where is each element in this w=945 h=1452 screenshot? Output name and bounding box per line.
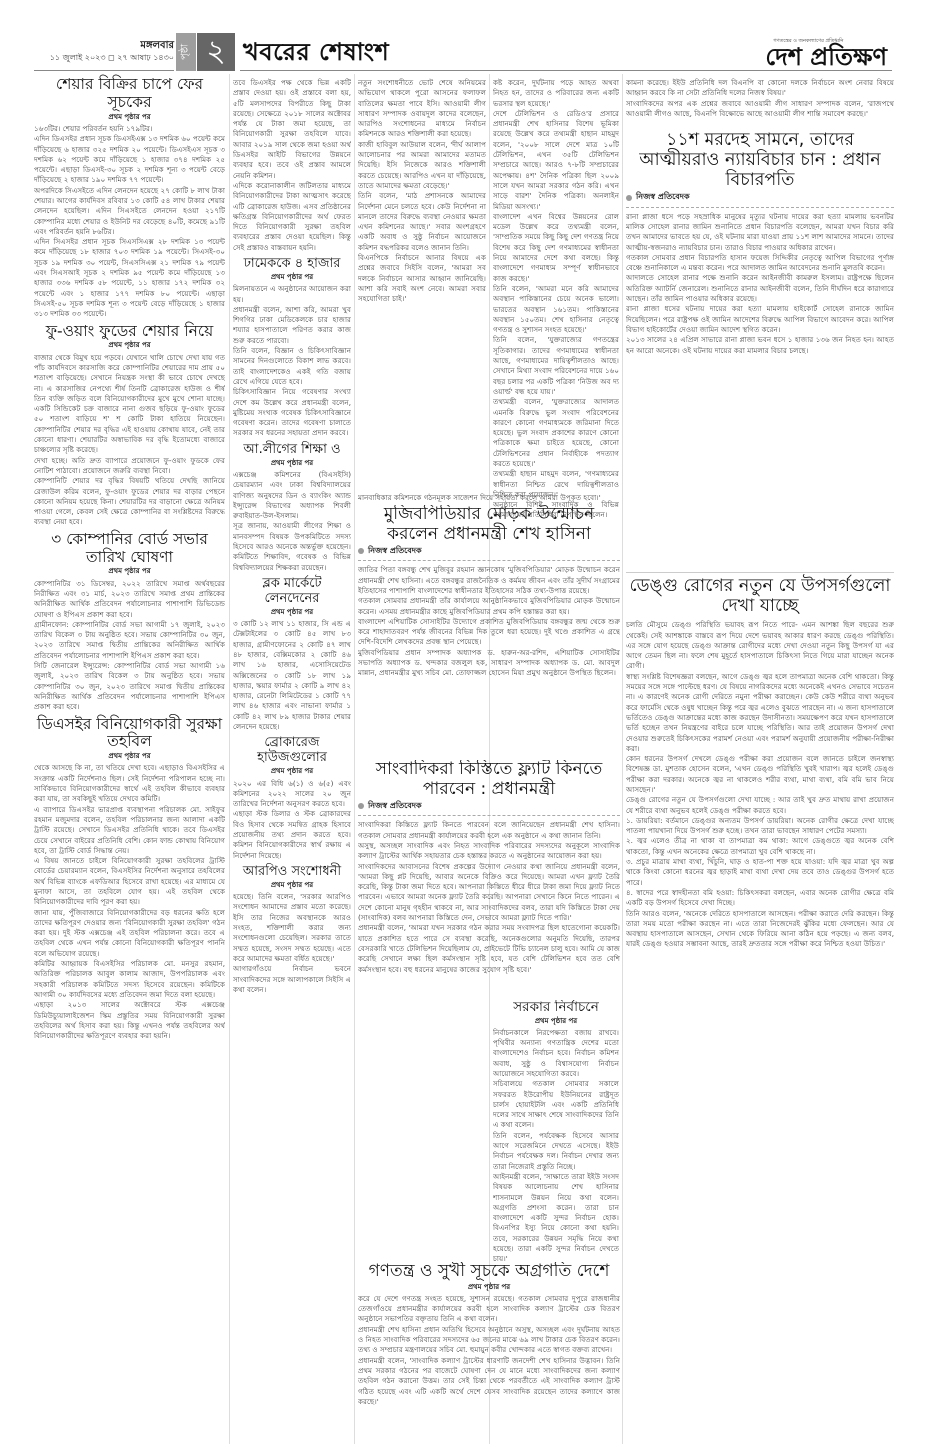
article-headline: ডিএসইর বিনিয়োগকারী সুরক্ষা তহবিল xyxy=(34,716,225,752)
issue-day: মঙ্গলবার xyxy=(36,40,174,52)
article-paragraph: রানা প্লাজা ধসে পড়ে সহস্রাধিক মানুষের ম… xyxy=(626,212,894,253)
article-paragraph: জানা যায়, পুঁজিবাজারে বিনিয়োগকারীদের ব… xyxy=(34,908,225,959)
article-paragraph: তিনি বলেন, বিজ্ঞান ও চিকিৎসাবিজ্ঞান সামন… xyxy=(233,346,351,387)
article-paragraph: মিলনায়তনে এ অনুষ্ঠানের আয়োজন করা হয়। xyxy=(233,284,351,305)
article-paragraph: ২০২০ এর বিধি ৬(১) ও ৬(৫) এবং কমিশনের ২০২… xyxy=(233,779,351,810)
article-paragraph: বাংলাদেশ এখন বিশ্বের উন্নয়নের রোল মডেল … xyxy=(493,212,619,284)
article-paragraph: থেকে আসছে কি না, তা খতিয়ে দেখা হবে। এছা… xyxy=(34,763,225,804)
column-divider xyxy=(354,74,355,1444)
continued-from-front: প্রথম পৃষ্ঠার পর xyxy=(34,340,225,350)
article-paragraph: চলতি মৌসুমে ডেঙ্গু পরিস্থিতি ভয়াবহ রূপ … xyxy=(626,620,894,671)
article-paragraph: আগারগাঁওয়ে নির্বাচন ভবনে সাংবাদিকদের সঙ… xyxy=(233,964,351,995)
article-paragraph: ৪. স্বাদের পরে স্বাদহীনতা বমি হওয়া: চিক… xyxy=(626,888,894,909)
column-4-upper: কষ্ট করেন, দুর্ঘটনায় পড়ে আহত অথবা নিহত… xyxy=(493,78,619,778)
article-paragraph: কোম্পানিটির ৩১ ডিসেম্বর, ২০২২ তারিখে সমা… xyxy=(34,579,225,620)
article-continuation: নতুন সংশোধনীতে ভোট শেষে অনিয়মের অভিযোগ … xyxy=(358,78,486,305)
article-paragraph: দেশে টেলিভিশন ও রেডিও'র প্রসারে প্রধানমন… xyxy=(493,109,619,212)
article-paragraph: তথ্যমন্ত্রী বলেন, 'যুক্তরাজ্যের আদালত এম… xyxy=(493,397,619,469)
bullet-icon xyxy=(626,195,632,201)
article-headline: ৩ কোম্পানির বোর্ড সভার তারিখ ঘোষণা xyxy=(34,531,225,567)
article-paragraph: সচিবালয়ে গতকাল সোমবার সকালে সফররত ইউরোপ… xyxy=(493,1079,619,1130)
article-paragraph: বাজার থেকে বিমুখ হয়ে পড়বে। যেখানে খালি… xyxy=(34,353,225,456)
article-paragraph: এ ব্যাপারে ডিএসইর ভারপ্রাপ্ত ব্যবস্থাপনা… xyxy=(34,805,225,856)
article-paragraph: তিনি বলেন, 'আমরা মনে করি আমাদের অবস্থান … xyxy=(493,284,619,335)
page-label: পৃষ্ঠা xyxy=(176,33,196,71)
article-headline: আ.লীগের শিক্ষা ও xyxy=(233,443,351,458)
article-paragraph: কষ্ট করেন, দুর্ঘটনায় পড়ে আহত অথবা নিহত… xyxy=(493,78,619,109)
article-paragraph: স্বাস্থ্য সংশ্লিষ্ট বিশেষজ্ঞরা বলছেন, আগ… xyxy=(626,672,894,754)
article-paragraph: কমিটির আহ্বায়ক বিএসইসির পরিচালক মো. মনস… xyxy=(34,959,225,1000)
article-paragraph: সূত্র জানায়, আওয়ামী লীগের শিক্ষা ও মান… xyxy=(233,521,351,572)
article-paragraph: চিকিৎসাবিজ্ঞান নিয়ে গবেষণার সংখ্যা দেশে… xyxy=(233,387,351,438)
article-paragraph: আদালতে সোহেল রানার পক্ষে শুনানি করেন আইন… xyxy=(626,273,894,304)
article-paragraph: গতকাল সোমবার প্রধান বিচারপতি হাসান ফয়েজ… xyxy=(626,253,894,274)
article-paragraph: সাংবাদিকদের অপর এক প্রশ্নের জবাবে আওয়াম… xyxy=(626,99,894,120)
issue-date: ১১ জুলাই ২০২৩ ◻ ২৭ আষাঢ় ১৪৩০ xyxy=(36,52,174,63)
article-continuation: তবে ডিএসইর পক্ষ থেকে ভিন্ন একটি প্রস্তাব… xyxy=(233,78,351,253)
article-paragraph: তিনি বলেন, পর্যবেক্ষক হিসেবে আসার আগে সর… xyxy=(493,1131,619,1172)
article-block-market: ব্লক মার্কেটে লেনদেনের প্রথম পৃষ্ঠার পর … xyxy=(233,577,351,732)
article-paragraph: ডেঙ্গু রোগের নতুন যে উপসর্গগুলো দেখা যাচ… xyxy=(626,795,894,816)
article-paragraph: তথ্যমন্ত্রী হাছান মাহমুদ বলেন, 'গণমাধ্যম… xyxy=(493,469,619,500)
article-headline: ডেঙ্গু রোগের নতুন যে উপসর্গগুলো দেখা যাচ… xyxy=(626,572,894,616)
column-divider xyxy=(622,74,623,1444)
article-headline: শেয়ার বিক্রির চাপে ফের সূচকের xyxy=(34,76,225,112)
article-paragraph: আইনমন্ত্রী বলেন, 'সাক্ষাতে তারা ইইউ সংসদ… xyxy=(493,1172,619,1265)
article-paragraph: নতুন সংশোধনীতে ভোট শেষে অনিয়মের অভিযোগ … xyxy=(358,78,486,140)
column-3-top: নতুন সংশোধনীতে ভোট শেষে অনিয়মের অভিযোগ … xyxy=(358,78,486,503)
article-headline: ১১শ মরদেহ সামনে, তাদের আত্মীয়রাও ন্যায়… xyxy=(626,130,894,190)
article-paragraph: নির্বাচনকালে নিরপেক্ষতা বজায় রাখবে। পৃথ… xyxy=(493,1028,619,1079)
article-paragraph: এদিন সিএসইর প্রধান সূচক সিএসসিএক্স ২৮ দশ… xyxy=(34,237,225,319)
article-headline: ঢামেককে ৪ হাজার xyxy=(233,257,351,272)
article-paragraph: ১. ডায়রিয়া: বর্তমানে ডেঙ্গুর অন্যতম উপ… xyxy=(626,816,894,837)
article-brokerage-houses: ব্রোকারেজ হাউজগুলোর প্রথম পৃষ্ঠার পর ২০২… xyxy=(233,736,351,861)
article-paragraph: গ্রামীনফোন: কোম্পানিটির বোর্ড সভা আগামী … xyxy=(34,620,225,661)
continued-from-front: প্রথম পৃষ্ঠার পর xyxy=(233,272,351,282)
article-chief-justice: ১১শ মরদেহ সামনে, তাদের আত্মীয়রাও ন্যায়… xyxy=(626,130,894,570)
article-paragraph: এছাড়া স্টক ডিলার ও স্টক ব্রোকারদের বিও … xyxy=(233,809,351,860)
continued-from-front: প্রথম পৃষ্ঠার পর xyxy=(34,566,225,576)
article-government-election: সরকার নির্বাচনে প্রথম পৃষ্ঠার পর নির্বাচ… xyxy=(493,1000,619,1446)
article-paragraph: তিনি বলেন, 'যুক্তরাজ্যের গণতন্ত্রের সূতি… xyxy=(493,335,619,397)
article-paragraph: তিনি বলেন, 'মাঠ প্রশাসনকে আমাদের নির্দেশ… xyxy=(358,191,486,253)
article-paragraph: বিএনপিকে নির্বাচনে আনার বিষয়ে এক প্রশ্ন… xyxy=(358,253,486,304)
continued-from-front: প্রথম পৃষ্ঠার পর xyxy=(34,751,225,761)
article-paragraph: ২০১৩ সালের ২৪ এপ্রিল সাভারে রানা প্লাজা … xyxy=(626,335,894,356)
article-paragraph: ১৬৩টির। শেয়ার পরিবর্তন হয়নি ১৭৯টির। xyxy=(34,124,225,134)
article-paragraph: এছাড়া ২০১৩ সালের অক্টোবরে স্টক এক্সচেঞ্… xyxy=(34,1000,225,1041)
article-paragraph: কোম্পানিটি শেয়ার দর বৃদ্ধির বিষয়টি খতি… xyxy=(34,476,225,527)
article-board-meeting-dates: ৩ কোম্পানির বোর্ড সভার তারিখ ঘোষণা প্রথম… xyxy=(34,531,225,713)
continued-from-front: প্রথম পৃষ্ঠার পর xyxy=(233,458,351,468)
article-headline: ব্লক মার্কেটে লেনদেনের xyxy=(233,577,351,607)
article-paragraph: এদিন ডিএসইর প্রধান সূচক ডিএসইএক্স ১৩ দশম… xyxy=(34,134,225,185)
article-headline: ব্রোকারেজ হাউজগুলোর xyxy=(233,736,351,766)
continued-from-front: প্রথম পৃষ্ঠার পর xyxy=(233,766,351,776)
article-paragraph: হয়েছে। তিনি বলেন, 'সরকার আরপিও সংশোধন আ… xyxy=(233,892,351,964)
article-paragraph: ৩ কোটি ১২ লাখ ১১ হাজার, সি এন্ড এ টেক্সট… xyxy=(233,619,351,732)
bullet-icon xyxy=(358,548,364,554)
article-paragraph: কামনা করেছে। ইইউ প্রতিনিধি দল বিএনপি বা … xyxy=(626,78,894,99)
article-dmc-4000-beds: ঢামেককে ৪ হাজার প্রথম পৃষ্ঠার পর মিলনায়… xyxy=(233,257,351,439)
byline-text: নিজস্ব প্রতিবেদক xyxy=(368,546,422,556)
continued-from-front: প্রথম পৃষ্ঠার পর xyxy=(34,112,225,122)
article-paragraph: ৩. প্রচুর মাত্রায় মাথা ব্যথা, খিঁচুনি, … xyxy=(626,857,894,888)
article-paragraph: রানা প্লাজা ধসের ঘটনায় দায়ের করা হত্যা… xyxy=(626,304,894,335)
article-share-index: শেয়ার বিক্রির চাপে ফের সূচকের প্রথম পৃষ… xyxy=(34,76,225,320)
column-5-top: কামনা করেছে। ইইউ প্রতিনিধি দল বিএনপি বা … xyxy=(626,78,894,126)
column-2: তবে ডিএসইর পক্ষ থেকে ভিন্ন একটি প্রস্তাব… xyxy=(233,78,351,1446)
column-1: শেয়ার বিক্রির চাপে ফের সূচকের প্রথম পৃষ… xyxy=(34,74,225,1446)
article-fu-wang-food: ফু-ওয়াং ফুডের শেয়ার নিয়ে প্রথম পৃষ্ঠা… xyxy=(34,323,225,528)
article-paragraph: অনুষ্ঠানে বিশিষ্ট সাংবাদিক ও বিভিন্ন গণম… xyxy=(493,500,619,521)
section-title: খবরের শেষাংশ xyxy=(243,33,389,71)
continued-from-front: প্রথম পৃষ্ঠার পর xyxy=(233,880,351,890)
byline: নিজস্ব প্রতিবেদক xyxy=(626,192,894,207)
article-paragraph: ২. জ্বর এলেও তীব্র না থাকা বা তাপমাত্রা … xyxy=(626,836,894,857)
column-divider xyxy=(229,74,230,1444)
article-paragraph: তিনি আরও বলেন, 'অনেকে দেরিতে হাসপাতালে আ… xyxy=(626,909,894,950)
article-paragraph: কোন ধরনের উপসর্গ দেখলে ডেঙ্গু পরীক্ষা কর… xyxy=(626,754,894,795)
page-number: ২ xyxy=(197,33,235,71)
article-paragraph: এদিকে করোনাকালীন জটিলতার মাধ্যমে বিনিয়ো… xyxy=(233,181,351,253)
bullet-icon xyxy=(358,803,364,809)
article-paragraph: সিটি জেনারেল ইন্স্যুরেন্স: কোম্পানিটির ব… xyxy=(34,661,225,712)
newspaper-logo: দেশ প্রতিক্ষণ xyxy=(765,44,887,70)
article-paragraph: এক্সচেঞ্জ কমিশনের (বিএসইসি) চেয়ারম্যান … xyxy=(233,470,351,521)
article-dengue-symptoms: ডেঙ্গু রোগের নতুন যে উপসর্গগুলো দেখা যাচ… xyxy=(626,572,894,1412)
article-headline: আরপিও সংশোধনী xyxy=(233,865,351,880)
continued-from-front: প্রথম পৃষ্ঠার পর xyxy=(233,607,351,617)
article-paragraph: তবে ডিএসইর পক্ষ থেকে ভিন্ন একটি প্রস্তাব… xyxy=(233,78,351,181)
article-awami-league-education: আ.লীগের শিক্ষা ও প্রথম পৃষ্ঠার পর এক্সচে… xyxy=(233,443,351,573)
article-paragraph: দেখা হচ্ছে। অতি দ্রুত ব্যাপারে প্রয়োজনে… xyxy=(34,456,225,477)
issue-date-block: মঙ্গলবার ১১ জুলাই ২০২৩ ◻ ২৭ আষাঢ় ১৪৩০ xyxy=(36,40,174,63)
article-paragraph: প্রধানমন্ত্রী বলেন, আশা করি, আমরা খুব শি… xyxy=(233,305,351,346)
byline-text: নিজস্ব প্রতিবেদক xyxy=(636,192,690,202)
newspaper-brand: গণতন্ত্রের ও জনকল্যাণের প্রতিধ্বনি দেশ প… xyxy=(765,38,887,70)
continued-from-front: প্রথম পৃষ্ঠার পর xyxy=(493,1016,619,1026)
article-paragraph: কাজী হাবিবুল আউয়াল বলেন, 'দীর্ঘ আলাপ আল… xyxy=(358,140,486,191)
byline-text: নিজস্ব প্রতিবেদক xyxy=(368,801,422,811)
article-headline: ফু-ওয়াং ফুডের শেয়ার নিয়ে xyxy=(34,323,225,341)
masthead-rule-left xyxy=(34,70,174,71)
article-headline: সরকার নির্বাচনে xyxy=(493,1000,619,1016)
masthead: মঙ্গলবার ১১ জুলাই ২০২৩ ◻ ২৭ আষাঢ় ১৪৩০ প… xyxy=(0,0,945,72)
article-paragraph: অপরদিকে সিএসইতে এদিন লেনদেন হয়েছে ২৭ কো… xyxy=(34,186,225,237)
article-paragraph: এ বিষয় জানতে চাইলে বিনিয়োগকারী সুরক্ষা… xyxy=(34,856,225,907)
article-rpo-amendment: আরপিও সংশোধনী প্রথম পৃষ্ঠার পর হয়েছে। ত… xyxy=(233,865,351,995)
article-investor-protection-fund: ডিএসইর বিনিয়োগকারী সুরক্ষা তহবিল প্রথম … xyxy=(34,716,225,1042)
